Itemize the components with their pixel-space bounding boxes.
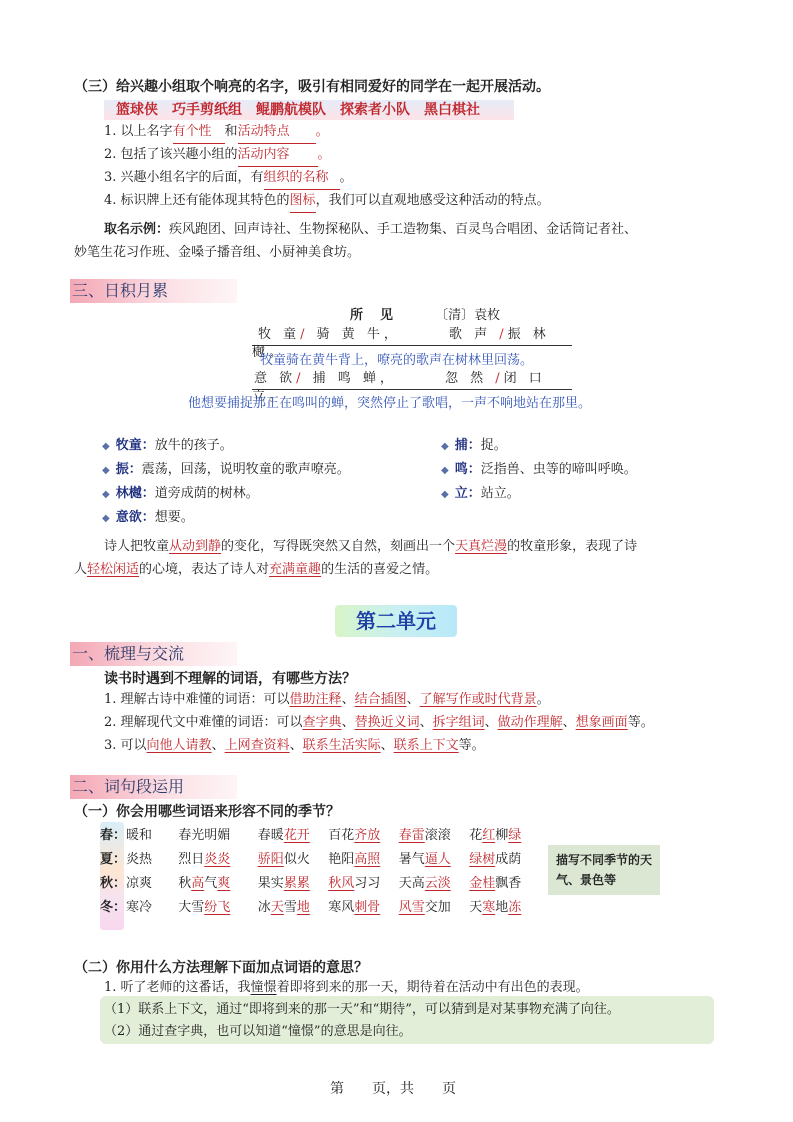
glossary-item: ◆林樾：道旁成荫的树林。 xyxy=(102,482,350,506)
glossary-left: ◆牧童：放牛的孩子。 ◆振：震荡，回荡，说明牧童的歌声嘹亮。 ◆林樾：道旁成荫的… xyxy=(102,434,350,530)
poem-translation-2: 他想要捕捉那正在鸣叫的蝉，突然停止了歌唱，一声不响地站在那里。 xyxy=(188,392,591,411)
naming-examples-line2: 妙笔生花习作班、金嗓子播音组、小厨神美食坊。 xyxy=(74,242,360,264)
club-name: 探索者小队 xyxy=(340,100,410,120)
club-name: 黑白棋社 xyxy=(424,100,480,120)
season-phrase: 天高云淡 xyxy=(399,872,457,896)
club-heading: （三）给兴趣小组取个响亮的名字，吸引有相同爱好的同学在一起开展活动。 xyxy=(74,76,550,96)
season-phrase: 金桂飘香 xyxy=(469,872,524,896)
diamond-bullet-icon: ◆ xyxy=(441,489,449,500)
methods-question: 读书时遇到不理解的词语，有哪些方法？ xyxy=(104,668,356,688)
season-phrase: 炎热 xyxy=(126,848,166,872)
season-label: 夏： xyxy=(100,848,126,872)
diamond-bullet-icon: ◆ xyxy=(102,465,110,476)
club-item-2: 2. 包括了该兴趣小组的活动内容。 xyxy=(104,144,331,167)
seasons-table: 春：暖和春光明媚春暖花开百花齐放春雷滚滚花红柳绿夏：炎热烈日炎炎骄阳似火艳阳高照… xyxy=(100,824,536,920)
poem-author: 〔清〕袁枚 xyxy=(435,308,500,323)
glossary-item: ◆捕：捉。 xyxy=(441,434,637,458)
dotted-word: 憧憬 xyxy=(251,980,277,995)
method-item-1: 1. 理解古诗中难懂的词语：可以借助注释、结合插图、了解写作或时代背景。 xyxy=(104,689,550,711)
season-phrase: 大雪纷飞 xyxy=(178,896,246,920)
club-name: 篮球侠 xyxy=(116,100,158,120)
club-item-3: 3. 兴趣小组名字的后面，有组织的名称。 xyxy=(104,167,353,190)
section-header-shuli: 一、梳理与交流 xyxy=(70,642,237,666)
diamond-bullet-icon: ◆ xyxy=(441,465,449,476)
club-name: 巧手剪纸组 xyxy=(172,100,242,120)
glossary-right: ◆捕：捉。 ◆鸣：泛指兽、虫等的啼叫呼唤。 ◆立：站立。 xyxy=(441,434,637,506)
club-item-4: 4. 标识牌上还有能体现其特色的图标，我们可以直观地感受这种活动的特点。 xyxy=(104,190,550,213)
poem-line-1: 牧 童/ 骑 黄 牛，歌 声 /振 林 樾。 xyxy=(252,326,572,346)
answer-blank: 活动特点 xyxy=(238,121,316,144)
season-label: 冬： xyxy=(100,896,126,920)
season-row: 冬：寒冷大雪纷飞冰天雪地寒风刺骨风雪交加天寒地冻 xyxy=(100,896,536,920)
diamond-bullet-icon: ◆ xyxy=(102,489,110,500)
season-phrase: 天寒地冻 xyxy=(469,896,524,920)
examples-label: 取名示例： xyxy=(104,222,169,237)
season-phrase: 凉爽 xyxy=(126,872,166,896)
glossary-item: ◆振：震荡，回荡，说明牧童的歌声嘹亮。 xyxy=(102,458,350,482)
seasons-question: （一）你会用哪些词语来形容不同的季节？ xyxy=(74,801,340,821)
club-names-banner: 篮球侠 巧手剪纸组 鲲鹏航模队 探索者小队 黑白棋社 xyxy=(104,100,514,120)
season-phrase: 烈日炎炎 xyxy=(178,848,246,872)
season-phrase: 百花齐放 xyxy=(328,824,386,848)
season-phrase: 冰天雪地 xyxy=(258,896,316,920)
season-label: 春： xyxy=(100,824,126,848)
club-name: 鲲鹏航模队 xyxy=(256,100,326,120)
season-row: 夏：炎热烈日炎炎骄阳似火艳阳高照暑气逼人绿树成荫 xyxy=(100,848,536,872)
season-row: 春：暖和春光明媚春暖花开百花齐放春雷滚滚花红柳绿 xyxy=(100,824,536,848)
season-phrase: 寒冷 xyxy=(126,896,166,920)
season-phrase: 寒风刺骨 xyxy=(328,896,386,920)
unit-title: 第二单元 xyxy=(335,605,457,637)
season-phrase: 绿树成荫 xyxy=(469,848,524,872)
poem-summary-line1: 诗人把牧童从动到静的变化，写得既突然又自然，刻画出一个天真烂漫的牧童形象，表现了… xyxy=(104,536,637,558)
page-footer: 第 页，共 页 xyxy=(330,1078,456,1098)
poem-translation-1: 牧童骑在黄牛背上，嘹亮的歌声在树林里回荡。 xyxy=(260,349,533,368)
season-phrase: 秋风习习 xyxy=(328,872,386,896)
method-item-2: 2. 理解现代文中难懂的词语：可以查字典、替换近义词、拆字组词、做动作理解、想象… xyxy=(104,712,654,734)
diamond-bullet-icon: ◆ xyxy=(102,441,110,452)
answer-blank: 活动内容 xyxy=(238,144,318,167)
answer-blank: 有个性 xyxy=(173,121,225,144)
season-row: 秋：凉爽秋高气爽果实累累秋风习习天高云淡金桂飘香 xyxy=(100,872,536,896)
answer-blank: 图标 xyxy=(290,190,316,213)
method-answer-1: （1）联系上下文，通过“即将到来的那一天”和“期待”，可以猜到是对某事物充满了向… xyxy=(104,999,620,1021)
season-phrase: 秋高气爽 xyxy=(178,872,246,896)
answer-blank: 组织的名称 xyxy=(264,167,340,190)
naming-examples-line1: 取名示例：疾风跑团、回声诗社、生物探秘队、手工造物集、百灵鸟合唱团、金话筒记者社… xyxy=(104,219,637,241)
season-label: 秋： xyxy=(100,872,126,896)
season-phrase: 艳阳高照 xyxy=(328,848,386,872)
seasons-note: 描写不同季节的天气、景色等 xyxy=(548,845,660,895)
season-phrase: 暖和 xyxy=(126,824,166,848)
method-answer-2: （2）通过查字典，也可以知道“憧憬”的意思是向往。 xyxy=(104,1021,412,1043)
poem-title: 所 见 xyxy=(350,308,395,323)
glossary-item: ◆立：站立。 xyxy=(441,482,637,506)
season-phrase: 暑气逼人 xyxy=(399,848,457,872)
season-phrase: 花红柳绿 xyxy=(469,824,524,848)
season-phrase: 果实累累 xyxy=(258,872,316,896)
glossary-item: ◆鸣：泛指兽、虫等的啼叫呼唤。 xyxy=(441,458,637,482)
section-header-rijiyuelei: 三、日积月累 xyxy=(70,279,237,303)
season-phrase: 骄阳似火 xyxy=(258,848,316,872)
poem-title-row: 所 见 〔清〕袁枚 xyxy=(350,304,500,323)
club-item-1: 1. 以上名字有个性和活动特点。 xyxy=(104,121,329,144)
method-question-2: （二）你用什么方法理解下面加点词语的意思？ xyxy=(74,957,368,977)
season-phrase: 风雪交加 xyxy=(399,896,457,920)
method-item-3: 3. 可以向他人请教、上网查资料、联系生活实际、联系上下文等。 xyxy=(104,735,485,757)
diamond-bullet-icon: ◆ xyxy=(102,513,110,524)
glossary-item: ◆牧童：放牛的孩子。 xyxy=(102,434,350,458)
section-header-cijuduan: 二、词句段运用 xyxy=(70,775,237,799)
season-phrase: 春光明媚 xyxy=(178,824,246,848)
glossary-item: ◆意欲：想要。 xyxy=(102,506,350,530)
season-phrase: 春暖花开 xyxy=(258,824,316,848)
season-phrase: 春雷滚滚 xyxy=(399,824,457,848)
poem-summary-line2: 人轻松闲适的心境，表达了诗人对充满童趣的生活的喜爱之情。 xyxy=(74,559,438,581)
diamond-bullet-icon: ◆ xyxy=(441,441,449,452)
poem-line-2: 意 欲/ 捕 鸣 蝉，忽 然 /闭 口 立。 xyxy=(252,370,572,390)
